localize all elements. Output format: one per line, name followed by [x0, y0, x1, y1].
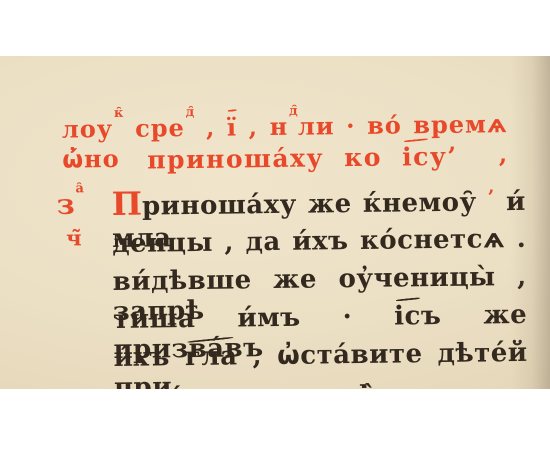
rubric-gospel-abbr: лоук̑ — [62, 114, 124, 144]
zachalo-letter-z: з — [57, 188, 75, 221]
body-line4-text: ти́ша и́мъ · — [113, 302, 352, 335]
body-line5-text: и́хъ — [113, 342, 170, 373]
superscript-letter: к̑ — [114, 106, 124, 121]
rubric-week-abbr: нд̑ли — [269, 111, 334, 141]
comma: , — [248, 112, 258, 141]
rubric-line2-text: приноша́ху ко — [147, 143, 382, 175]
rubric-week-number: ї — [227, 112, 237, 142]
rubric-line2-ending: у’ — [430, 142, 458, 171]
nomen-sacrum-jesus: іс — [394, 301, 421, 331]
red-verse-tick: ’ — [488, 186, 495, 208]
body-line1-text: риноша́ху же ќнемоу̑ — [142, 188, 477, 222]
superscript-letter: а̑ — [75, 181, 84, 196]
manuscript-photo: лоук̑ сред̑ , ї , нд̑ли · во́ времѧ ѡ̓́н… — [0, 56, 550, 389]
superscript-letter: д̑ — [289, 104, 298, 119]
page-text-layer: лоук̑ сред̑ , ї , нд̑ли · во́ времѧ ѡ̓́н… — [0, 56, 550, 389]
comma: , — [206, 113, 216, 142]
zachalo-letter-ch: ч̃ — [66, 224, 82, 252]
abbreviation-glagola: гла — [185, 341, 238, 372]
middle-dot: · — [346, 111, 356, 140]
page-scan-stage: лоук̑ сред̑ , ї , нд̑ли · во́ времѧ ѡ̓́н… — [0, 0, 550, 450]
superscript-letter: д̑ — [185, 105, 194, 120]
rubric-day-abbr: сред̑ — [135, 113, 195, 143]
nomen-sacrum-jesus: іс — [402, 142, 430, 172]
rubricated-initial: П — [112, 185, 143, 223]
margin-zachalo-mark: за̑ ч̃ — [57, 186, 85, 219]
rubric-line-2: приноша́ху ко ісу’ — [147, 142, 458, 176]
body-line-2: денцы , да и́хъ ко́снетсѧ . — [112, 224, 526, 259]
